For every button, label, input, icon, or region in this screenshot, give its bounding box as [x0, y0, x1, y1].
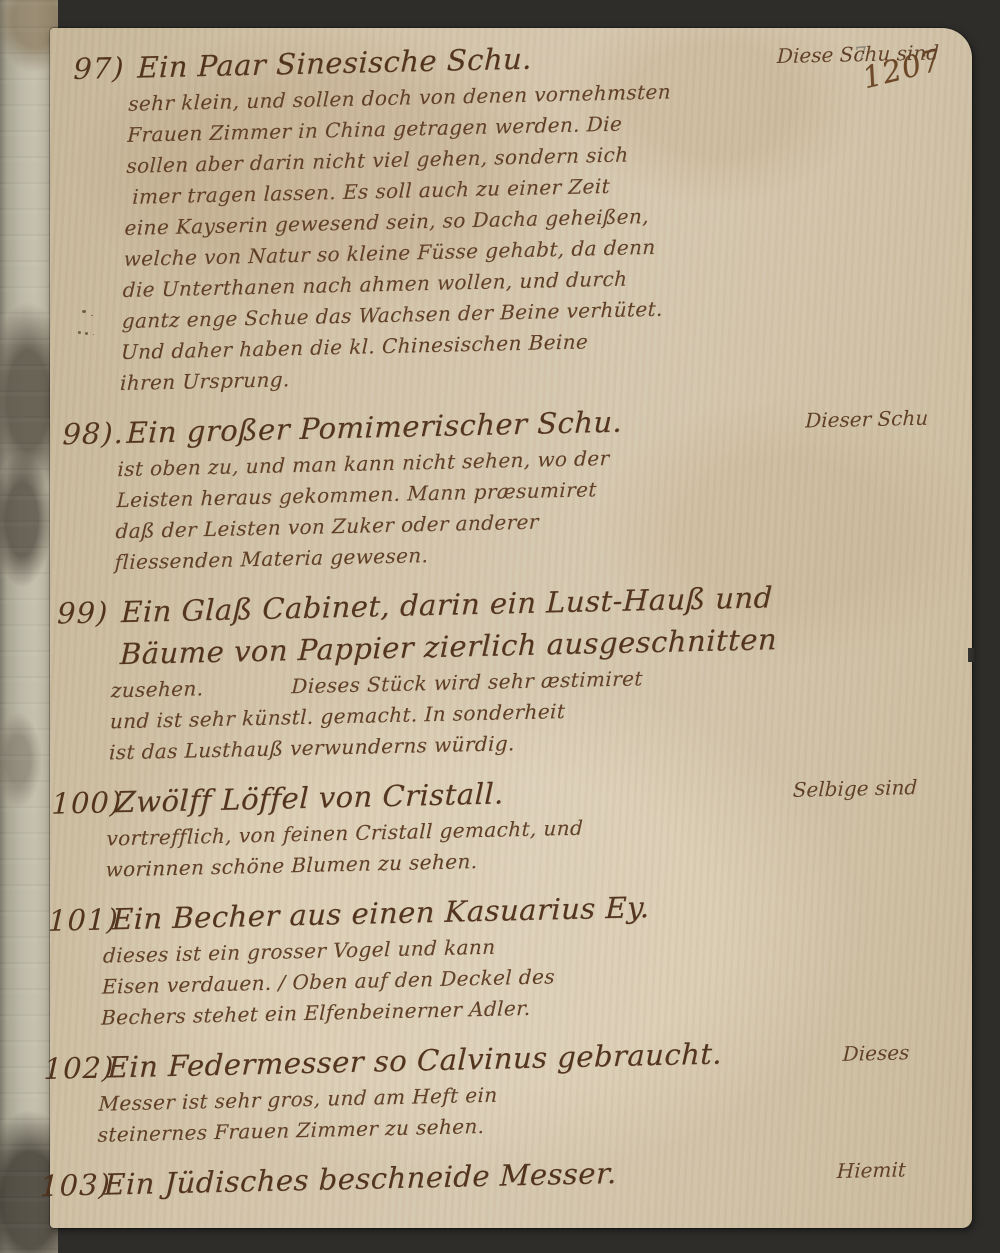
entry-number: 103) — [40, 1168, 105, 1203]
manuscript-scan: 7 1207 97) Ein Paar Sinesische Schu. Die… — [0, 0, 1000, 1253]
entry-aside: Dieses — [842, 1040, 923, 1066]
entry-number: 102) — [43, 1050, 108, 1085]
entry-number: 101) — [48, 902, 113, 937]
catalog-entry-101: 101) Ein Becher aus einen Kasuarius Ey. … — [45, 880, 929, 1035]
entry-title: Ein Jüdisches beschneide Messer. — [104, 1152, 618, 1206]
page-edge-notch — [968, 648, 974, 662]
catalog-entry-97: 97) Ein Paar Sinesische Schu. Diese Schu… — [64, 28, 954, 400]
entry-number: 98). — [62, 416, 127, 451]
manuscript-page: 7 1207 97) Ein Paar Sinesische Schu. Die… — [50, 28, 972, 1228]
manuscript-content: 97) Ein Paar Sinesische Schu. Diese Schu… — [39, 28, 954, 1220]
catalog-entry-98: 98). Ein großer Pomimerischer Schu. Dies… — [58, 393, 943, 579]
entry-aside: Diese Schu sind — [777, 40, 954, 68]
entry-body: dieses ist ein grosser Vogel und kannEis… — [45, 922, 928, 1035]
entry-aside: Hiemit — [836, 1157, 920, 1183]
catalog-entry-100: 100) Zwölff Löffel von Cristall. Selbige… — [49, 763, 932, 887]
entry-number: 97) — [73, 51, 138, 86]
entry-body: ist oben zu, und man kann nicht sehen, w… — [58, 435, 941, 579]
entry-aside: Selbige sind — [792, 775, 931, 802]
entry-body: zusehen. Dieses Stück wird sehr æstimire… — [53, 657, 936, 770]
catalog-entry-102: 102) Ein Federmesser so Calvinus gebrauc… — [41, 1028, 924, 1152]
catalog-entry-99: 99) Ein Glaß Cabinet, darin ein Lust-Hau… — [53, 573, 938, 770]
entry-number: 99) — [57, 595, 122, 630]
entry-body: sehr klein, und sollen doch von denen vo… — [64, 70, 953, 400]
catalog-entry-103: 103) Ein Jüdisches beschneide Messer. Hi… — [40, 1145, 921, 1207]
entry-head: 103) Ein Jüdisches beschneide Messer. Hi… — [40, 1145, 921, 1207]
entry-number: 100) — [51, 785, 116, 820]
entry-aside: Dieser Schu — [805, 405, 943, 432]
